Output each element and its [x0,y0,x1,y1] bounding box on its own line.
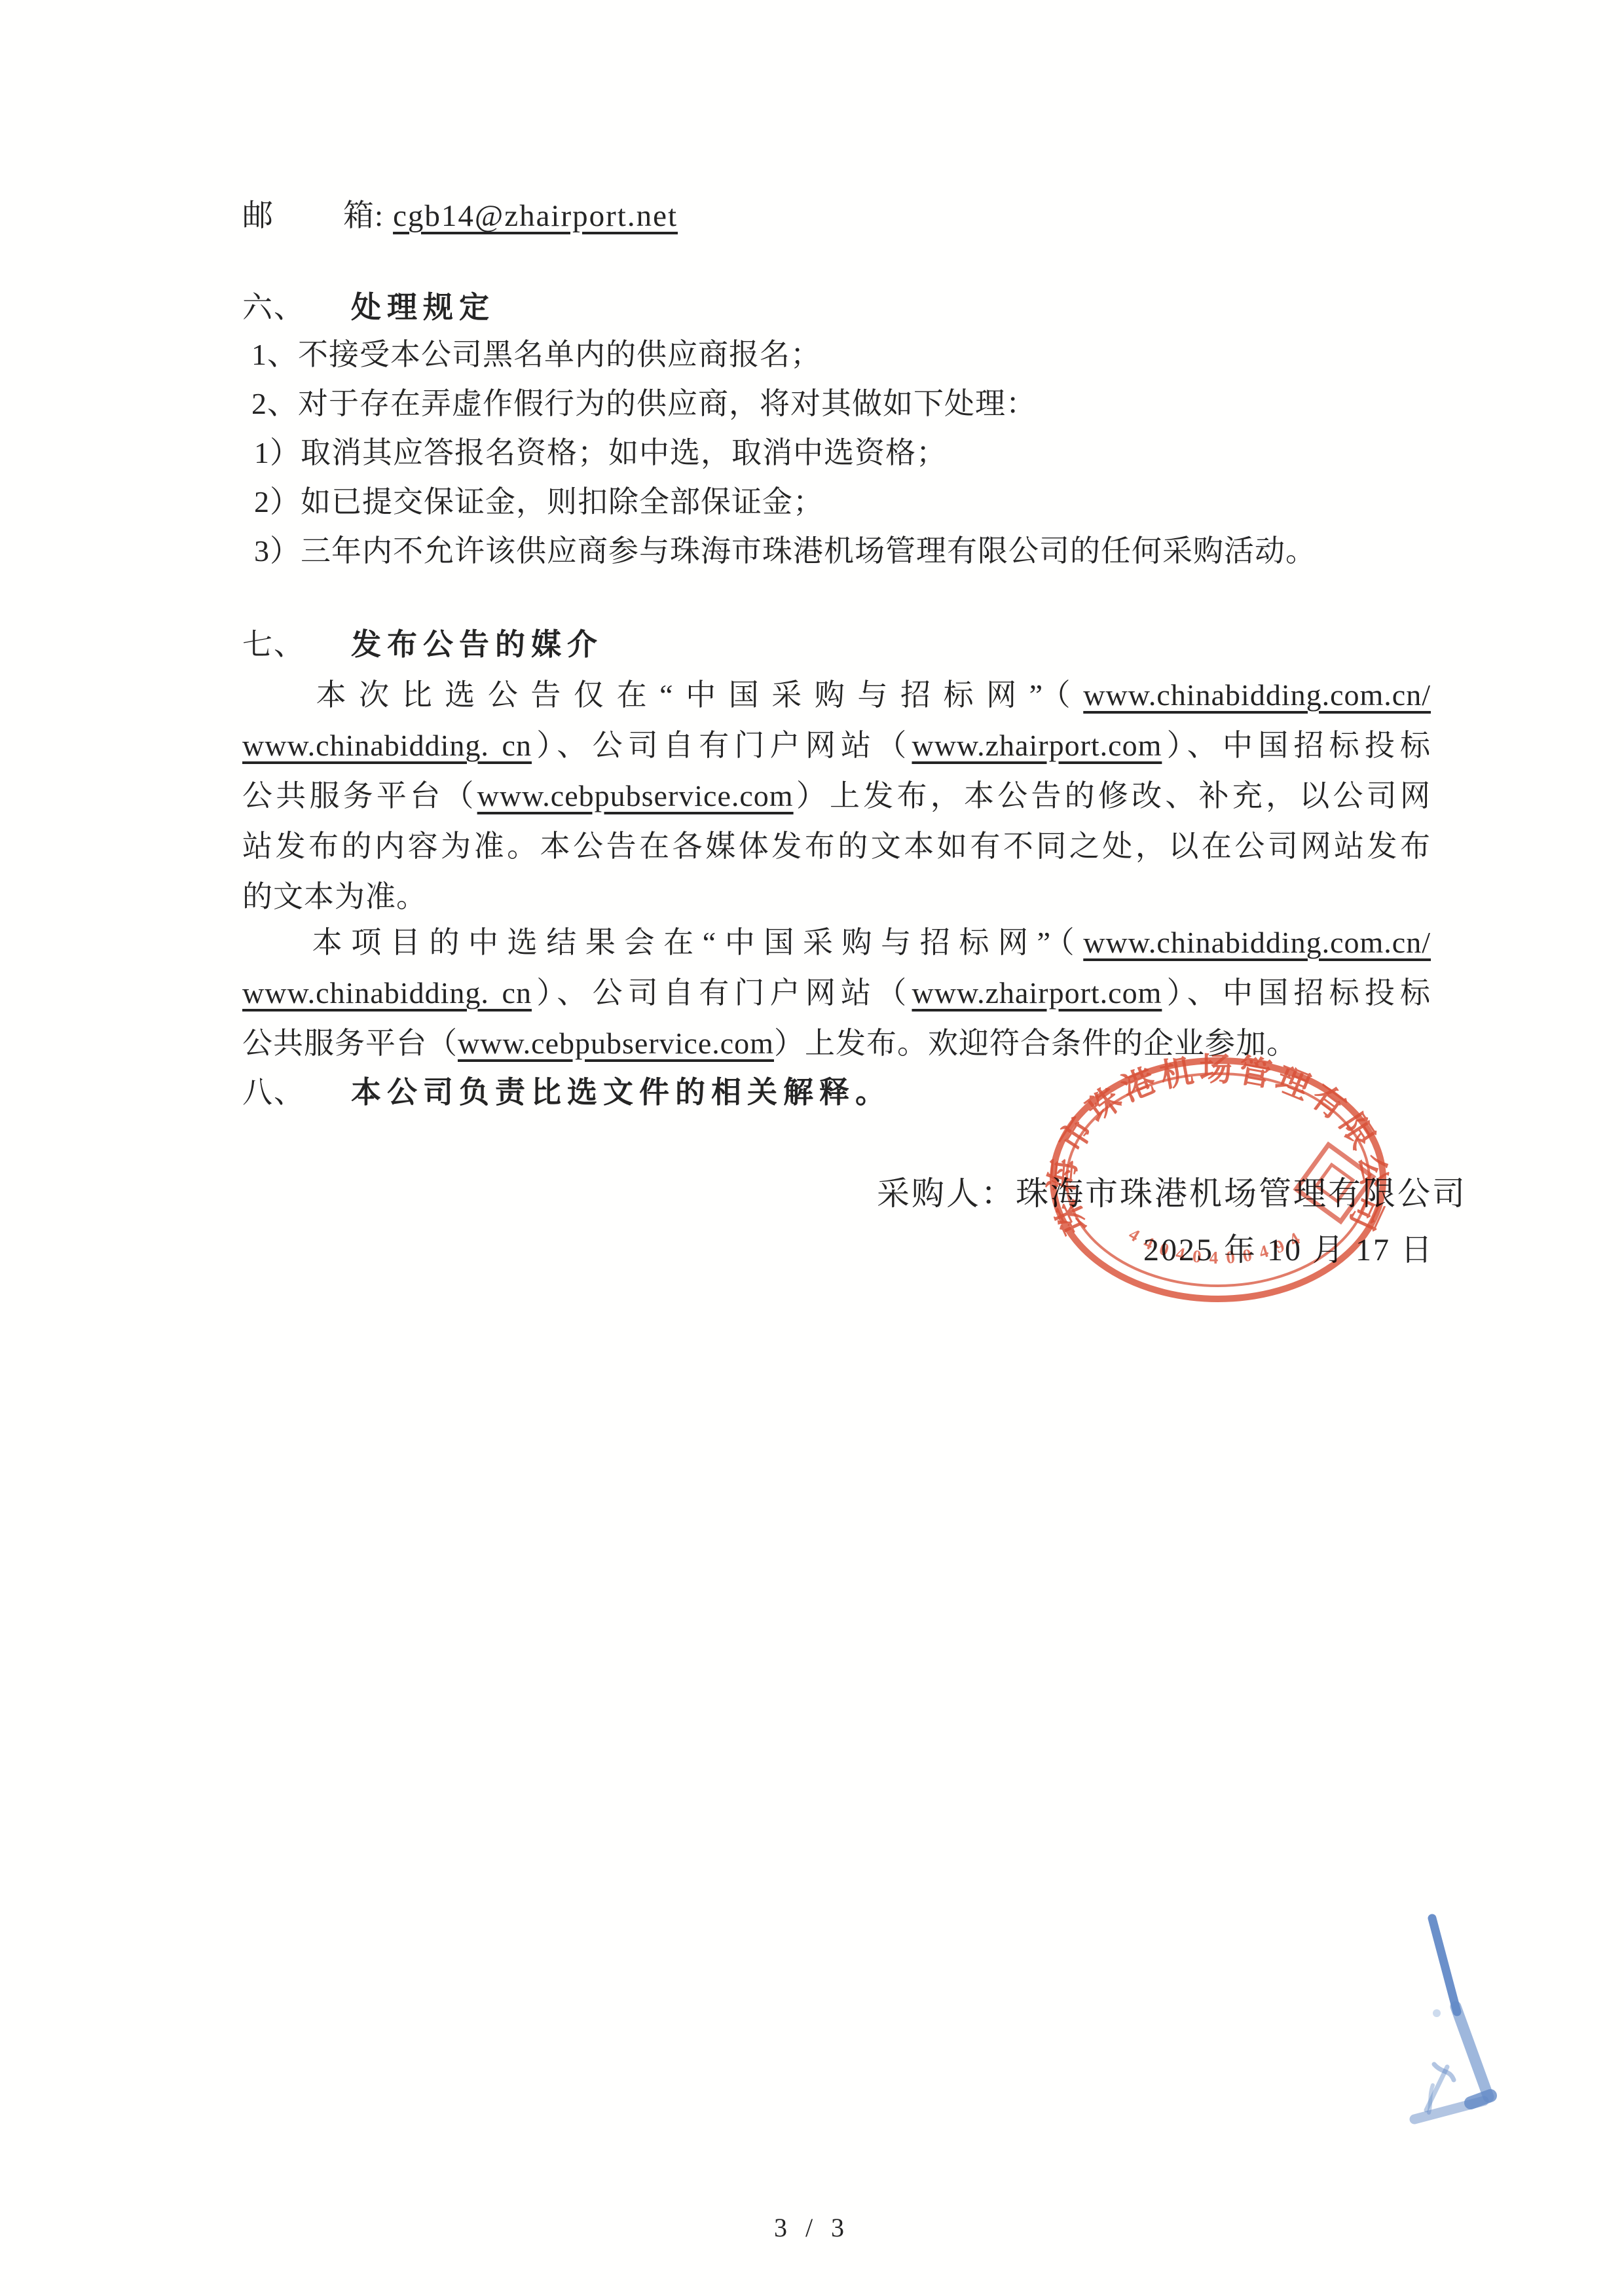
section-6-number: 六、 [242,290,351,325]
url-chinabidding-com-cn: www.chinabidding.com.cn/ [1083,926,1431,959]
url-cebpubservice: www.cebpubservice.com [458,1027,774,1060]
url-zhairport: www.zhairport.com [912,976,1162,1010]
section-7-heading: 七、发布公告的媒介 [242,627,1431,663]
text-segment: ）、中国招标投标 [1162,976,1431,1010]
email-label-part2: 箱: [343,199,384,233]
section-7-number: 七、 [242,627,351,663]
blue-mark-squiggle-3 [1429,2085,1433,2113]
text-segment: 本项目的中选结果会在“中国采购与招标网”（ [304,926,1083,959]
url-zhairport: www.zhairport.com [912,729,1162,762]
seal-mark-inner-square [1316,1165,1353,1201]
text-segment: ）上发布，本公告的修改、补充，以公司网 [794,779,1431,812]
url-chinabidding-cn: www.chinabidding. cn [242,729,532,762]
text-segment: ）、中国招标投标 [1162,729,1431,762]
url-chinabidding-com-cn: www.chinabidding.com.cn/ [1083,678,1431,712]
media-para2-line-2: www.chinabidding. cn）、公司自有门户网站（www.zhair… [242,975,1431,1011]
email-value: cgb14@zhairport.net [393,199,678,233]
section-6-title: 处理规定 [351,291,495,324]
company-seal: 珠海市珠港机场管理有限公司 44040400494 [1035,1049,1401,1311]
seal-serial-number: 44040400494 [1126,1224,1311,1267]
blue-mark-stroke-top [1432,1918,1457,2012]
section-6-item-3: 1）取消其应答报名资格；如中选，取消中选资格； [242,435,1443,471]
text-segment: 公共服务平台（ [242,1027,458,1060]
blue-mark-dot [1433,2009,1441,2017]
text-segment: ）、公司自有门户网站（ [532,729,912,762]
text-segment: 站发布的内容为准。本公告在各媒体发布的文本如有不同之处，以在公司网站发布 [242,829,1431,863]
section-7-title: 发布公告的媒介 [351,628,603,661]
media-para1-line-3: 公共服务平台（www.cebpubservice.com）上发布，本公告的修改、… [242,778,1431,814]
section-6-item-4: 2）如已提交保证金，则扣除全部保证金； [242,484,1443,520]
section-8-title: 本公司负责比选文件的相关解释。 [351,1076,891,1109]
section-8-number: 八、 [242,1075,351,1110]
text-segment: 的文本为准。 [242,880,427,913]
section-6-item-1: 1、不接受本公司黑名单内的供应商报名； [242,337,1440,373]
media-para1-line-2: www.chinabidding. cn）、公司自有门户网站（www.zhair… [242,728,1431,763]
text-segment: 本次比选公告仅在“中国采购与招标网”（ [304,678,1083,712]
media-para2-line-1: 本项目的中选结果会在“中国采购与招标网”（www.chinabidding.co… [242,925,1431,960]
media-para1-line-4: 站发布的内容为准。本公告在各媒体发布的文本如有不同之处，以在公司网站发布 [242,829,1431,864]
text-segment: 公共服务平台（ [242,779,477,812]
url-cebpubservice: www.cebpubservice.com [477,779,794,812]
page-number: 3 / 3 [0,2215,1624,2241]
section-6-item-2: 2、对于存在弄虚作假行为的供应商，将对其做如下处理： [242,386,1440,422]
email-label-part1: 邮 [242,199,274,233]
text-segment: ）、公司自有门户网站（ [532,976,912,1010]
document-page: 邮箱:cgb14@zhairport.net 六、处理规定 1、不接受本公司黑名… [0,0,1624,2296]
section-6-item-5: 3）三年内不允许该供应商参与珠海市珠港机场管理有限公司的任何采购活动。 [242,534,1443,569]
blue-ink-mark [1369,1902,1513,2151]
seal-company-name: 珠海市珠港机场管理有限公司 [1043,1051,1393,1240]
media-para1-line-5: 的文本为准。 [242,879,1431,915]
contact-email-line: 邮箱:cgb14@zhairport.net [242,198,1431,234]
blue-mark-stroke-mid [1456,2007,1488,2097]
section-6-heading: 六、处理规定 [242,290,1431,325]
url-chinabidding-cn: www.chinabidding. cn [242,976,532,1010]
media-para1-line-1: 本次比选公告仅在“中国采购与招标网”（www.chinabidding.com.… [242,678,1431,713]
